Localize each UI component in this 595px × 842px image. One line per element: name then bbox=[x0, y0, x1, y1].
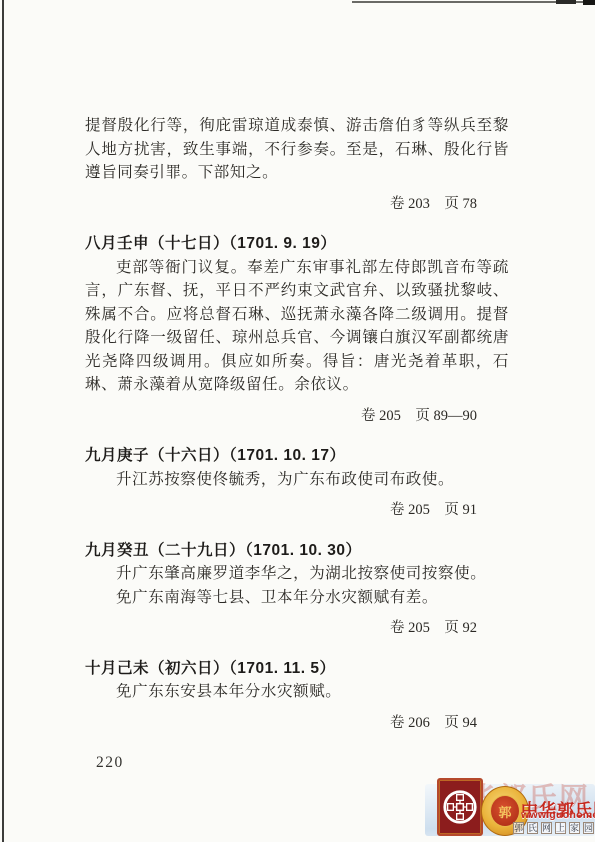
entry: 八月壬申（十七日）（1701. 9. 19） 吏部等衙门议复。奉差广东审事礼部左… bbox=[85, 232, 509, 428]
scanned-book-page: 提督殷化行等，徇庇雷琼道成泰慎、游击詹伯豸等纵兵至黎人地方扰害，致生事端，不行参… bbox=[0, 0, 595, 842]
slogan-char: 上 bbox=[555, 822, 566, 834]
entry-paragraph: 吏部等衙门议复。奉差广东审事礼部左侍郎凯音布等疏言，广东督、抚，平日不严约束文武… bbox=[85, 256, 509, 397]
entry: 十月己未（初六日）（1701. 11. 5） 免广东东安县本年分水灾额赋。 卷 … bbox=[85, 657, 509, 736]
entry-paragraph: 升江苏按察使佟毓秀，为广东布政使司布政使。 bbox=[85, 468, 509, 492]
entry-paragraph: 升广东肇高廉罗道李华之，为湖北按察使司按察使。 bbox=[85, 562, 509, 586]
coin-seal-icon bbox=[437, 778, 483, 836]
scan-artifact-top-mark bbox=[556, 0, 576, 4]
slogan-char: 网 bbox=[541, 822, 552, 834]
slogan-char: 家 bbox=[569, 822, 580, 834]
entry-date-header: 九月癸丑（二十九日）（1701. 10. 30） bbox=[85, 539, 509, 563]
entry-date-header: 八月壬申（十七日）（1701. 9. 19） bbox=[85, 232, 509, 256]
continuation-paragraph: 提督殷化行等，徇庇雷琼道成泰慎、游击詹伯豸等纵兵至黎人地方扰害，致生事端，不行参… bbox=[85, 114, 509, 185]
page-number: 220 bbox=[96, 754, 124, 772]
entry-paragraph: 免广东东安县本年分水灾额赋。 bbox=[85, 680, 509, 704]
watermark-slogan: 郭 氏 网 上 家 园 bbox=[513, 822, 594, 834]
entry: 九月庚子（十六日）（1701. 10. 17） 升江苏按察使佟毓秀，为广东布政使… bbox=[85, 444, 509, 523]
source-citation: 卷 205 页 89—90 bbox=[85, 405, 509, 429]
source-citation: 卷 206 页 94 bbox=[85, 712, 509, 736]
scan-artifact-top-corner bbox=[583, 0, 595, 5]
source-citation: 卷 203 页 78 bbox=[85, 193, 509, 217]
source-citation: 卷 205 页 91 bbox=[85, 499, 509, 523]
entry-paragraph: 免广东南海等七县、卫本年分水灾额赋有差。 bbox=[85, 586, 509, 610]
source-citation: 卷 205 页 92 bbox=[85, 617, 509, 641]
slogan-char: 氏 bbox=[527, 822, 538, 834]
coin-pattern-icon bbox=[441, 788, 479, 826]
entry-date-header: 十月己未（初六日）（1701. 11. 5） bbox=[85, 657, 509, 681]
watermark-site-url: www.guohome.org bbox=[521, 809, 595, 821]
entry: 九月癸丑（二十九日）（1701. 10. 30） 升广东肇高廉罗道李华之，为湖北… bbox=[85, 539, 509, 641]
text-column: 提督殷化行等，徇庇雷琼道成泰慎、游击詹伯豸等纵兵至黎人地方扰害，致生事端，不行参… bbox=[85, 114, 509, 735]
scan-artifact-left-line bbox=[2, 0, 4, 842]
entry-date-header: 九月庚子（十六日）（1701. 10. 17） bbox=[85, 444, 509, 468]
site-watermark: 中华郭氏网 郭 中华郭氏网 www.guohome.org 郭 氏 网 上 家 … bbox=[425, 748, 595, 842]
slogan-char: 园 bbox=[583, 822, 594, 834]
slogan-char: 郭 bbox=[513, 822, 524, 834]
